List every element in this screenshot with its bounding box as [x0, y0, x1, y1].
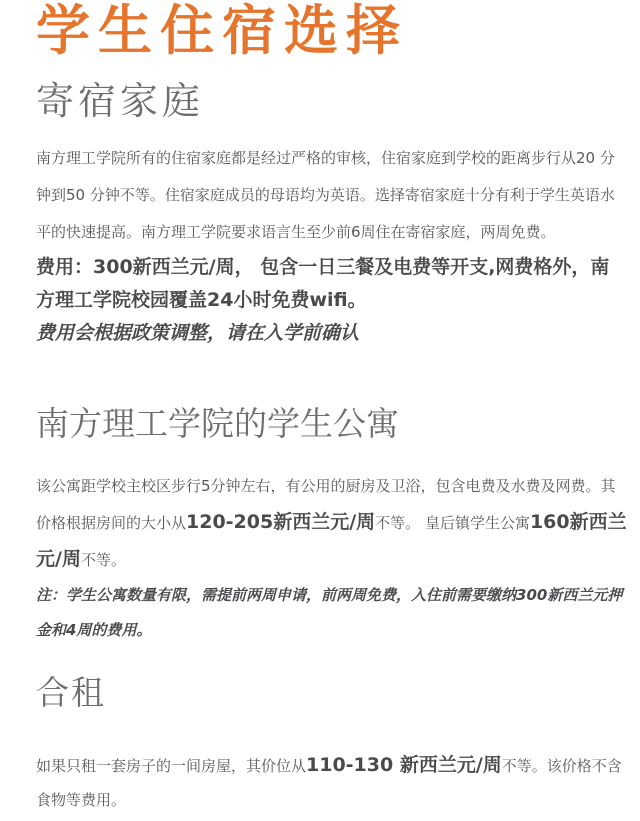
apartment-price-range: 120-205新西兰元/周: [186, 511, 375, 533]
section-homestay: 寄宿家庭 南方理工学院所有的住宿家庭都是经过严格的审核，住宿家庭到学校的距离步行…: [36, 79, 628, 350]
homestay-fee-paragraph: 费用：300新西兰元/周， 包含一日三餐及电费等开支,网费格外，南方理工学院校园…: [36, 251, 628, 317]
section-apartment: 南方理工学院的学生公寓 该公寓距学校主校区步行5分钟左右，有公用的厨房及卫浴，包…: [36, 404, 628, 648]
homestay-intro-paragraph: 南方理工学院所有的住宿家庭都是经过严格的审核，住宿家庭到学校的距离步行从20 分…: [36, 140, 628, 251]
shared-rental-heading: 合租: [36, 673, 628, 713]
homestay-heading: 寄宿家庭: [36, 79, 628, 124]
section-shared-rental: 合租 如果只租一套房子的一间房屋，其价位从110-130 新西兰元/周不等。该价…: [36, 673, 628, 817]
apartment-desc-paragraph: 该公寓距学校主校区步行5分钟左右，有公用的厨房及卫浴，包含电费及水费及网费。其价…: [36, 468, 628, 578]
shared-desc-run: 如果只租一套房子的一间房屋，其价位从: [36, 757, 306, 775]
apartment-heading: 南方理工学院的学生公寓: [36, 404, 628, 444]
homestay-fee-note: 费用会根据政策调整，请在入学前确认: [36, 317, 628, 350]
article: 学生住宿选择 寄宿家庭 南方理工学院所有的住宿家庭都是经过严格的审核，住宿家庭到…: [36, 0, 628, 817]
apartment-desc-run: 不等。: [81, 551, 126, 569]
shared-price-range: 110-130 新西兰元/周: [306, 754, 502, 776]
shared-rental-desc-paragraph: 如果只租一套房子的一间房屋，其价位从110-130 新西兰元/周不等。该价格不含…: [36, 748, 628, 817]
apartment-desc-run: 不等。 皇后镇学生公寓: [375, 514, 530, 532]
page-title: 学生住宿选择: [36, 0, 628, 62]
apartment-note: 注：学生公寓数量有限，需提前两周申请，前两周免费，入住前需要缴纳300新西兰元押…: [36, 578, 628, 648]
